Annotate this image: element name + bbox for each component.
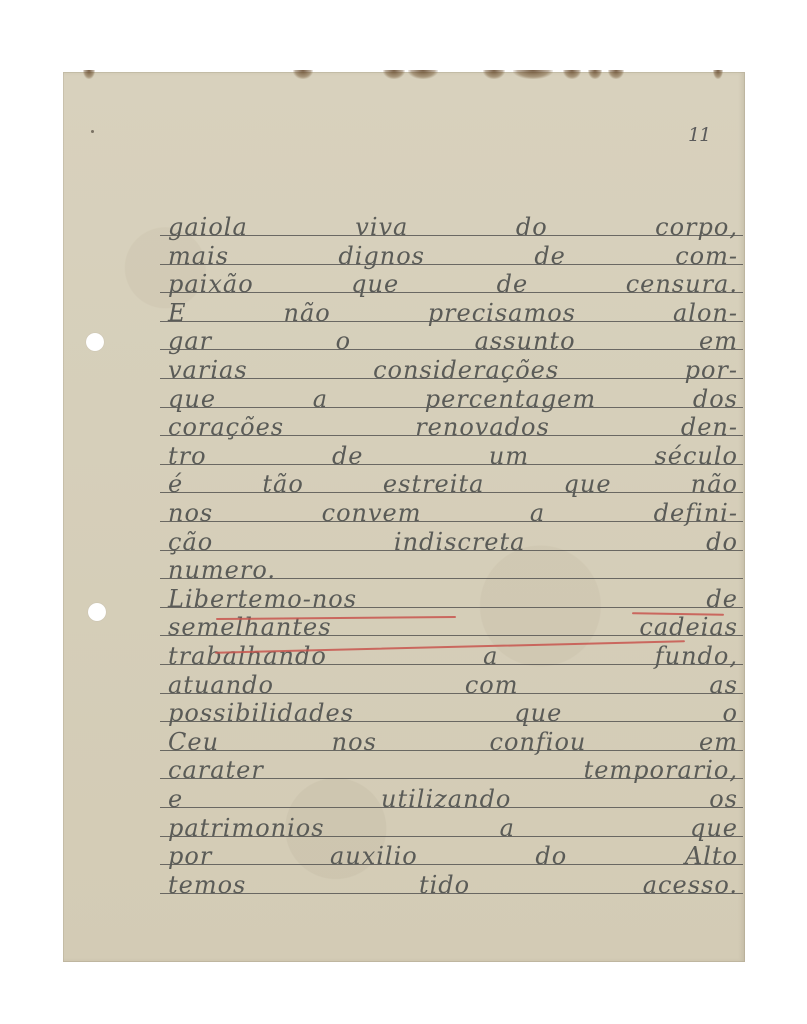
text-line: porauxiliodoAlto [168, 843, 738, 869]
page-number: 11 [688, 124, 710, 146]
word: gaiola [168, 214, 248, 240]
word: e [168, 786, 183, 812]
word: não [691, 471, 738, 497]
paper-speck [91, 130, 94, 133]
word: os [709, 786, 738, 812]
text-line: Libertemo-nosde [168, 586, 738, 612]
word: estreita [383, 471, 484, 497]
word: a [530, 500, 545, 526]
word: E [168, 300, 187, 326]
word: confiou [490, 729, 587, 755]
stain-mark [563, 70, 581, 79]
word: alon- [673, 300, 738, 326]
text-line: Enãoprecisamosalon- [168, 300, 738, 326]
text-line: paixãoquedecensura. [168, 271, 738, 297]
word: convem [322, 500, 422, 526]
word: que [351, 271, 399, 297]
word: tro [168, 443, 207, 469]
stain-mark [383, 70, 405, 79]
word: dignos [338, 243, 425, 269]
word: temporario, [584, 757, 738, 783]
word: do [516, 214, 548, 240]
word: trabalhando [168, 643, 327, 669]
text-line: garoassuntoem [168, 328, 738, 354]
text-line: variasconsideraçõespor- [168, 357, 738, 383]
word: um [489, 443, 529, 469]
word: Alto [685, 843, 738, 869]
word: que [168, 386, 216, 412]
word: de [706, 586, 738, 612]
word: com [465, 672, 519, 698]
text-line: coraçõesrenovadosden- [168, 414, 738, 440]
word: de [497, 271, 529, 297]
text-line: temostidoacesso. [168, 872, 738, 898]
word: mais [168, 243, 229, 269]
text-line: Ceunosconfiouem [168, 729, 738, 755]
word: por [168, 843, 212, 869]
text-line: maisdignosdecom- [168, 243, 738, 269]
text-line: trodeumséculo [168, 443, 738, 469]
text-line: étãoestreitaquenão [168, 471, 738, 497]
word: do [706, 529, 738, 555]
word: tido [419, 872, 470, 898]
word: corações [168, 414, 284, 440]
word: indiscreta [394, 529, 526, 555]
word: ção [168, 529, 213, 555]
word: que [690, 815, 738, 841]
stain-mark [483, 70, 505, 79]
word: em [699, 729, 738, 755]
word: não [284, 300, 331, 326]
text-line: caratertemporario, [168, 757, 738, 783]
word: acesso. [643, 872, 738, 898]
word: a [500, 815, 515, 841]
word: renovados [415, 414, 550, 440]
text-line: queapercentagemdos [168, 386, 738, 412]
word: paixão [168, 271, 254, 297]
word: de [332, 443, 364, 469]
word: percentagem [425, 386, 596, 412]
word: numero. [168, 557, 276, 583]
word: tão [262, 471, 303, 497]
punch-hole-upper [86, 333, 104, 351]
word: gar [168, 328, 212, 354]
word: fundo, [655, 643, 738, 669]
word: dos [693, 386, 738, 412]
text-line: atuandocomas [168, 672, 738, 698]
text-line: eutilizandoos [168, 786, 738, 812]
word: nos [168, 500, 213, 526]
text-line: numero. [168, 557, 738, 583]
word: de [534, 243, 566, 269]
stain-mark [713, 70, 723, 79]
stain-mark [608, 70, 624, 79]
text-line: çãoindiscretado [168, 529, 738, 555]
text-line: gaiolavivadocorpo, [168, 214, 738, 240]
word: atuando [168, 672, 274, 698]
word: possibilidades [168, 700, 354, 726]
word: por- [685, 357, 738, 383]
word: com- [675, 243, 738, 269]
word: que [564, 471, 612, 497]
word: auxilio [330, 843, 418, 869]
word: carater [168, 757, 264, 783]
word: Libertemo-nos [168, 586, 357, 612]
word: corpo, [655, 214, 738, 240]
word: as [709, 672, 738, 698]
word: temos [168, 872, 246, 898]
stain-mark [293, 70, 313, 79]
word: a [313, 386, 328, 412]
word: viva [355, 214, 408, 240]
word: varias [168, 357, 248, 383]
word: século [654, 443, 738, 469]
stain-mark [513, 70, 553, 79]
word: o [723, 700, 738, 726]
word: cadeias [639, 614, 738, 640]
word: censura. [626, 271, 738, 297]
word: em [699, 328, 738, 354]
word: precisamos [428, 300, 576, 326]
word: utilizando [381, 786, 511, 812]
text-line: nosconvemadefini- [168, 500, 738, 526]
stain-mark [588, 70, 602, 79]
word: defini- [654, 500, 738, 526]
word: Ceu [168, 729, 219, 755]
stain-mark [408, 70, 438, 79]
word: den- [681, 414, 738, 440]
punch-hole-lower [88, 603, 106, 621]
word: nos [332, 729, 377, 755]
word: é [168, 471, 183, 497]
word: que [514, 700, 562, 726]
text-line: patrimoniosaque [168, 815, 738, 841]
stain-mark [83, 70, 95, 79]
word: patrimonios [168, 815, 325, 841]
word: o [336, 328, 351, 354]
word: considerações [373, 357, 559, 383]
text-line: possibilidadesqueo [168, 700, 738, 726]
word: assunto [475, 328, 576, 354]
word: do [535, 843, 567, 869]
